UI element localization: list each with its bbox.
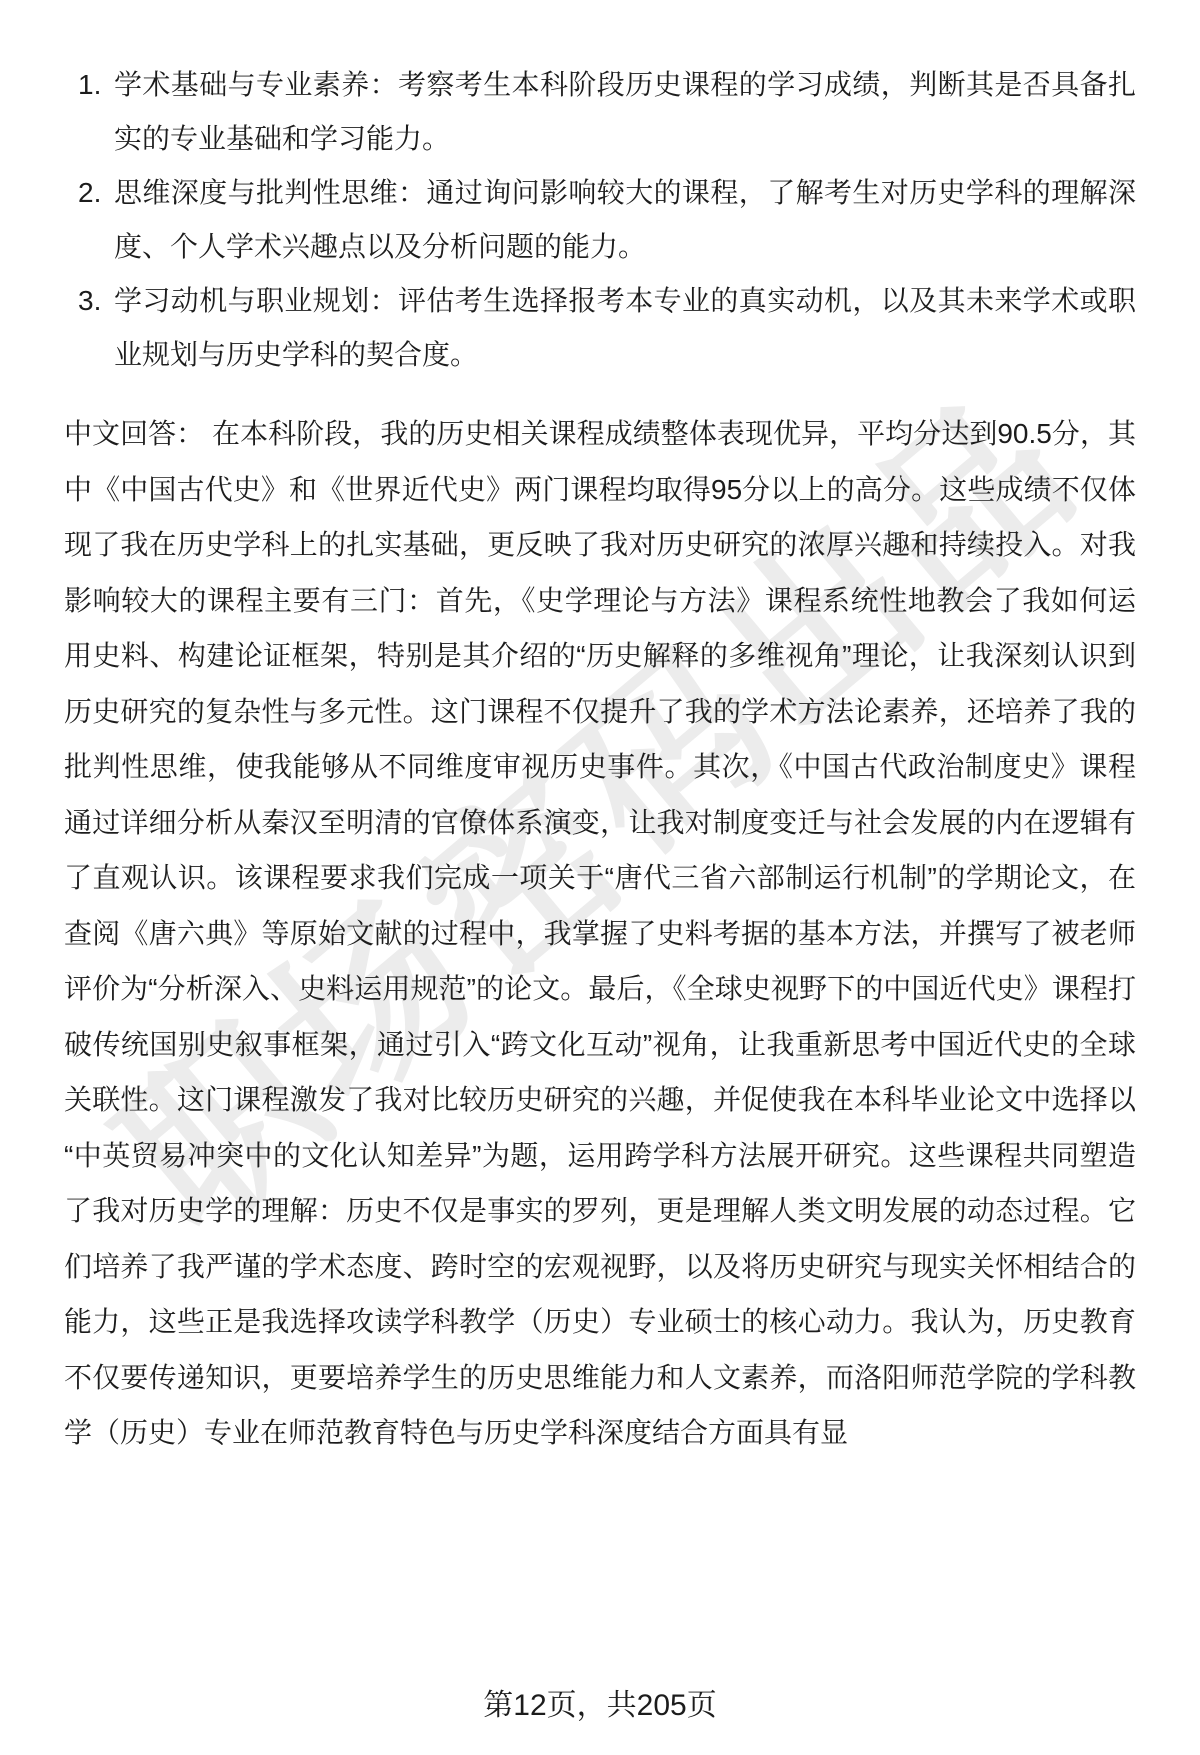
list-item-number: 1. [64, 58, 114, 166]
list-item: 1. 学术基础与专业素养：考察考生本科阶段历史课程的学习成绩，判断其是否具备扎实… [64, 58, 1136, 166]
page-content: 1. 学术基础与专业素养：考察考生本科阶段历史课程的学习成绩，判断其是否具备扎实… [64, 58, 1136, 1461]
list-item-text: 学术基础与专业素养：考察考生本科阶段历史课程的学习成绩，判断其是否具备扎实的专业… [114, 58, 1136, 166]
list-item-text: 思维深度与批判性思维：通过询问影响较大的课程，了解考生对历史学科的理解深度、个人… [114, 166, 1136, 274]
answer-paragraph: 中文回答： 在本科阶段，我的历史相关课程成绩整体表现优异，平均分达到90.5分，… [64, 406, 1136, 1461]
page-footer: 第12页，共205页 [0, 1680, 1200, 1724]
list-item: 3. 学习动机与职业规划：评估考生选择报考本专业的真实动机，以及其未来学术或职业… [64, 274, 1136, 382]
page-indicator: 第12页，共205页 [483, 1689, 716, 1722]
list-item: 2. 思维深度与批判性思维：通过询问影响较大的课程，了解考生对历史学科的理解深度… [64, 166, 1136, 274]
list-item-text: 学习动机与职业规划：评估考生选择报考本专业的真实动机，以及其未来学术或职业规划与… [114, 274, 1136, 382]
document-page: 职场密码出品 1. 学术基础与专业素养：考察考生本科阶段历史课程的学习成绩，判断… [0, 0, 1200, 1755]
list-item-number: 2. [64, 166, 114, 274]
list-item-number: 3. [64, 274, 114, 382]
evaluation-criteria-list: 1. 学术基础与专业素养：考察考生本科阶段历史课程的学习成绩，判断其是否具备扎实… [64, 58, 1136, 382]
